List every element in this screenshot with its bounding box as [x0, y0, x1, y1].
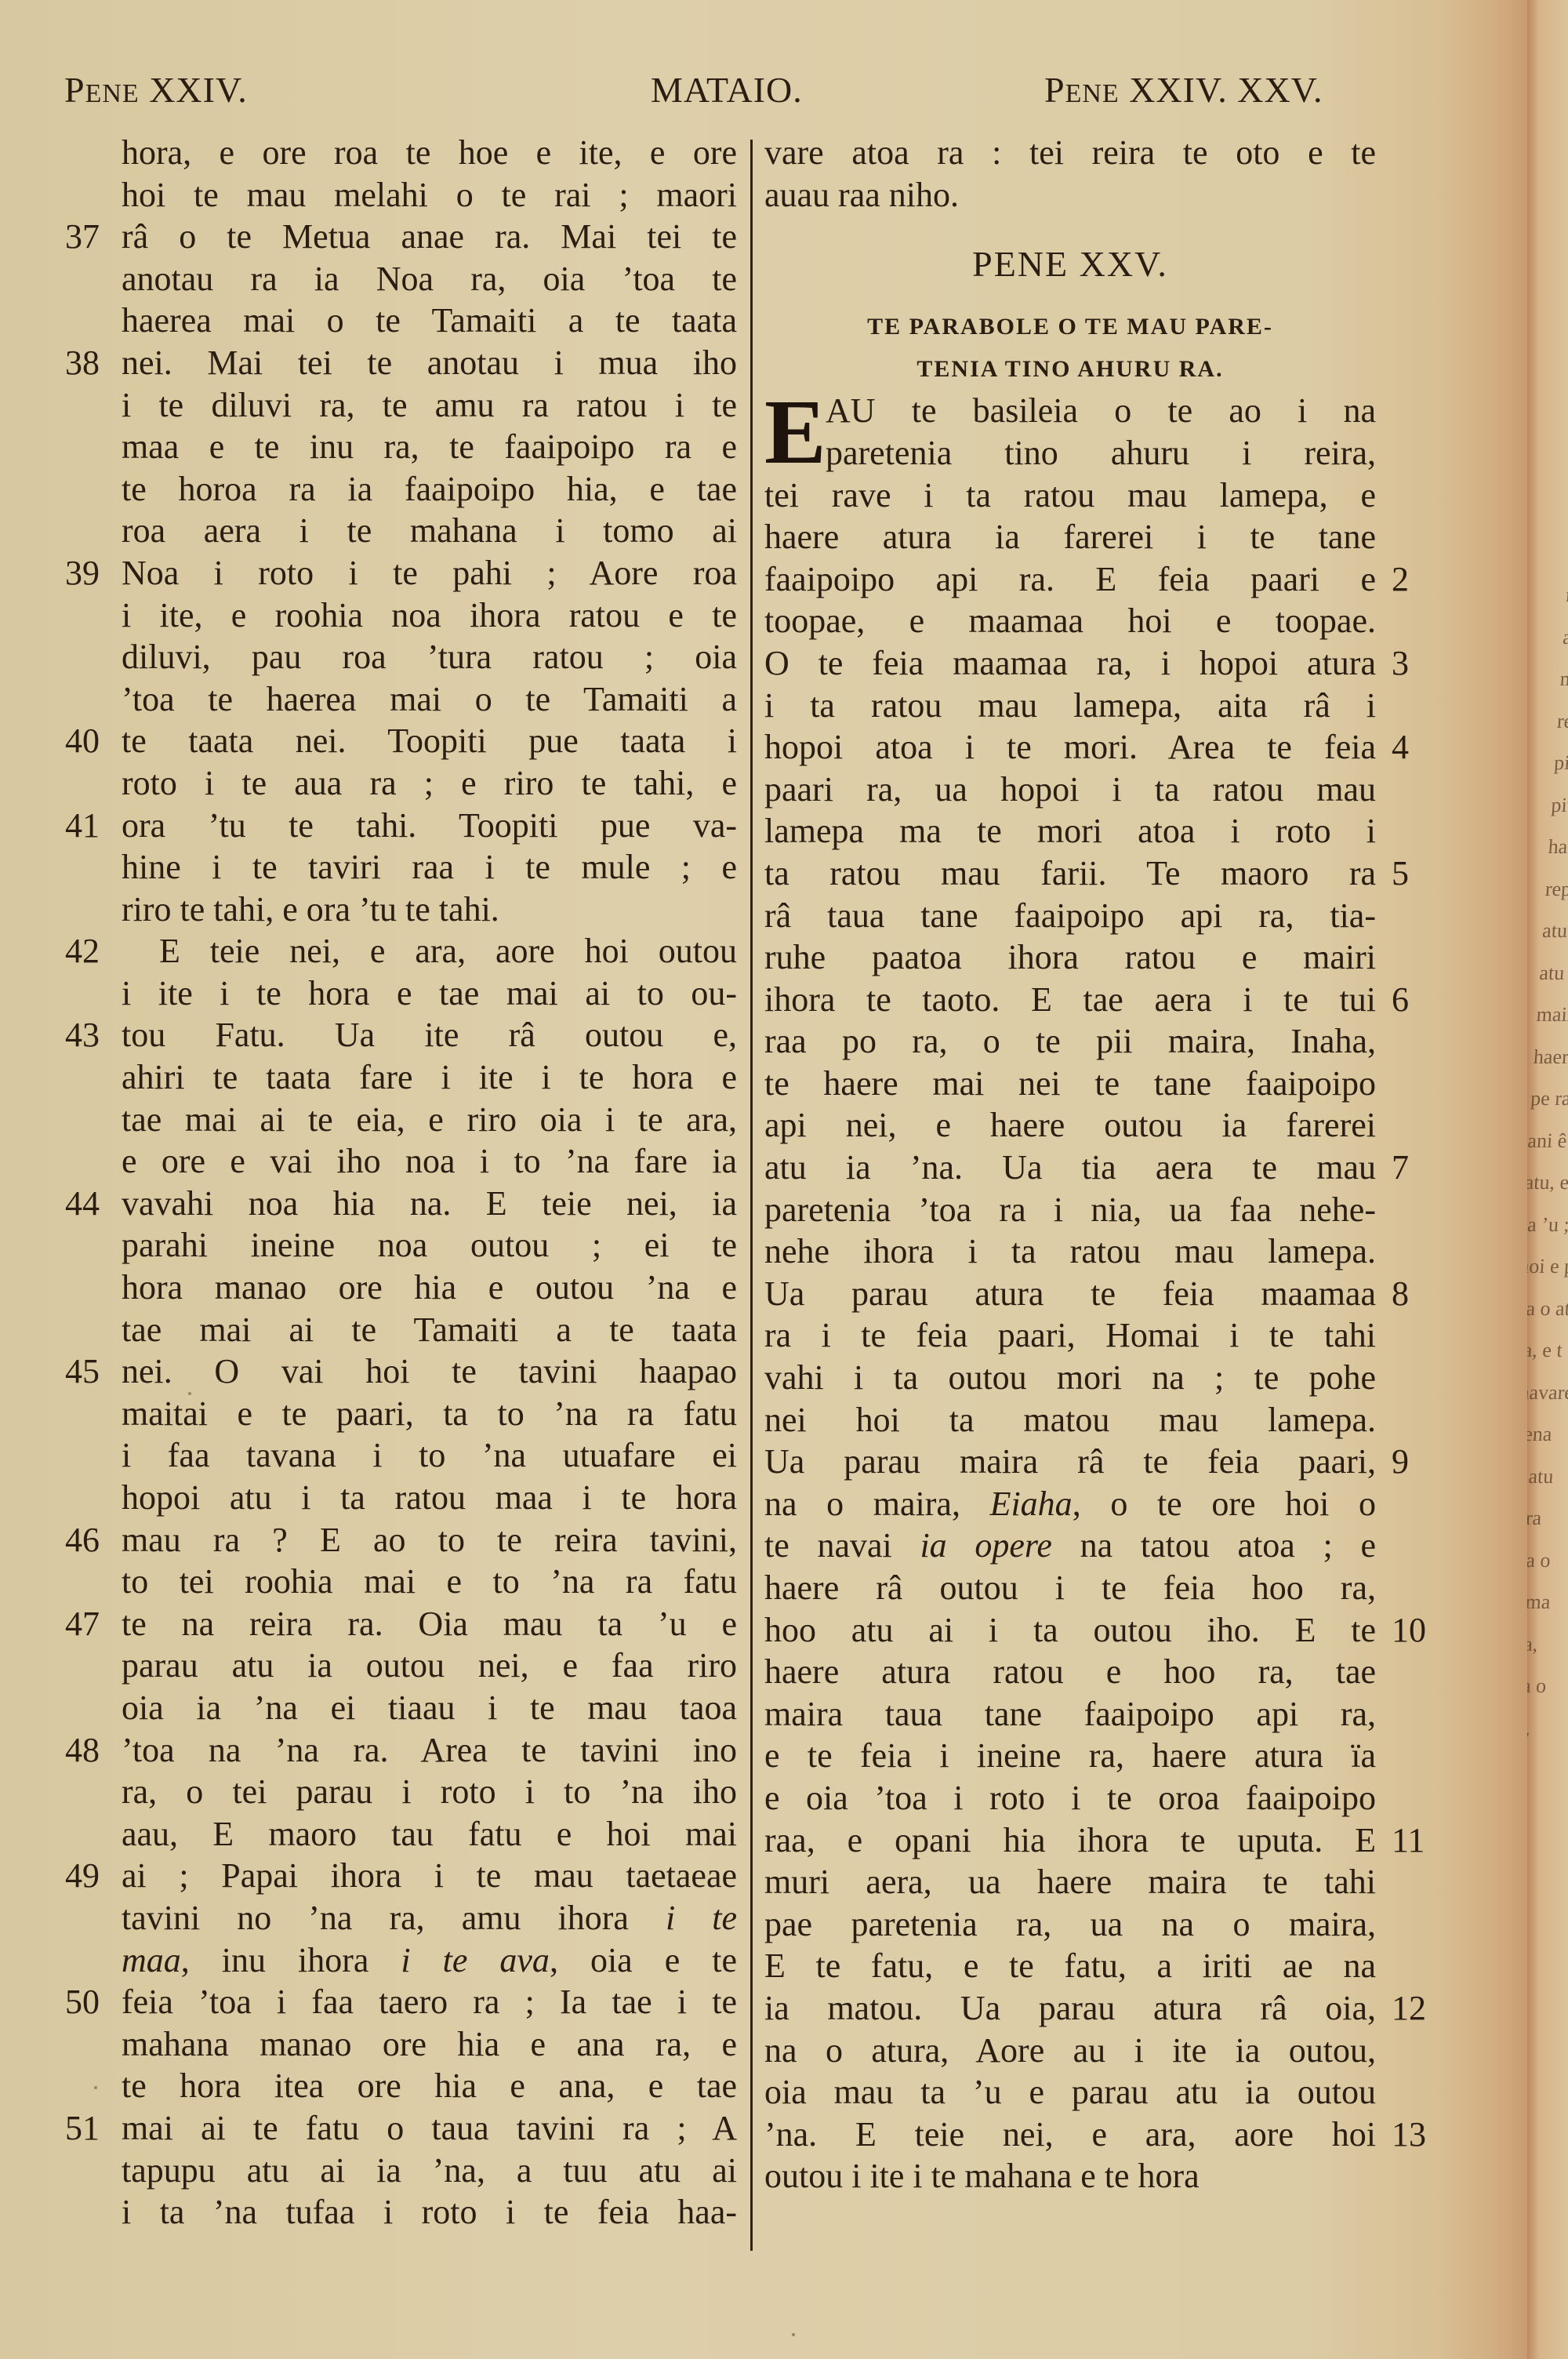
verse-number: 45: [65, 1350, 114, 1393]
text-line: 42E teie nei, e ara, aore hoi outou: [122, 930, 737, 972]
adjacent-page-text-fragment: atu o t: [1538, 952, 1568, 994]
text-line: api nei, e haere outou ia farerei: [764, 1104, 1376, 1147]
verse-number: 2: [1392, 558, 1448, 601]
text-line: hopoi atu i ta ratou maa i te hora: [122, 1477, 737, 1519]
line-text: raa po ra, o te pii maira, Inaha,: [764, 1022, 1376, 1060]
line-text: outou i ite i te mahana e te hora: [764, 2157, 1200, 2195]
paper-speck: [188, 1392, 191, 1395]
line-text: to tei roohia mai e to ’na ra fatu: [122, 1562, 737, 1601]
adjacent-page-edge: Pene’toataataEnei itere,mauia rattahi, e…: [1527, 0, 1568, 2359]
text-line: aau, E maoro tau fatu e hoi mai: [122, 1813, 737, 1856]
running-head-right: PENE XXIV. XXV.: [1044, 69, 1323, 111]
paper-speck: [792, 2333, 795, 2336]
verse-number: 10: [1392, 1609, 1448, 1652]
text-line: parau atu ia outou nei, e faa riro: [122, 1645, 737, 1687]
line-text: tou Fatu. Ua ite râ outou e,: [122, 1016, 737, 1054]
text-line: 37râ o te Metua anae ra. Mai tei te: [122, 216, 737, 258]
line-text: ia matou. Ua parau atura râ oia,: [764, 1989, 1376, 2027]
line-text: i faa tavana i to ’na utuafare ei: [122, 1436, 737, 1474]
text-line: tavini no ’na ra, amu ihora i te: [122, 1897, 737, 1939]
adjacent-page-text-fragment: reira: [1555, 700, 1568, 743]
text-line: hora manao ore hia e outou ’na e: [122, 1267, 737, 1309]
line-text: te navai: [764, 1526, 920, 1565]
text-line: i faa tavana i to ’na utuafare ei: [122, 1434, 737, 1477]
text-line: 43tou Fatu. Ua ite râ outou e,: [122, 1014, 737, 1056]
verse-number: 5: [1392, 852, 1448, 895]
line-text: aau, E maoro tau fatu e hoi mai: [122, 1815, 737, 1853]
text-line: raa po ra, o te pii maira, Inaha,: [764, 1020, 1376, 1063]
verse-number: 47: [65, 1603, 114, 1645]
text-line: lamepa ma te mori atoa i roto i: [764, 810, 1376, 852]
line-text: pae paretenia ra, ua na o maira,: [764, 1905, 1376, 1943]
line-text: nei hoi ta matou mau lamepa.: [764, 1401, 1376, 1439]
adjacent-page-text-fragment: i roa o: [1527, 1539, 1555, 1582]
line-text: ruhe paatoa ihora ratou e mairi: [764, 938, 1376, 976]
text-line: outou i ite i te mahana e te hora: [764, 2155, 1376, 2197]
text-line: na o atura, Aore au i ite ia outou,: [764, 2030, 1376, 2072]
line-text: i ite i te hora e tae mai ai to ou-: [122, 974, 737, 1012]
text-line: vare atoa ra : tei reira te oto e te: [764, 132, 1376, 174]
line-text: tae mai ai te Tamaiti a te taata: [122, 1310, 737, 1349]
adjacent-page-text-fragment: na, e t: [1527, 1329, 1568, 1372]
text-line: ra, o tei parau i roto i to ’na iho: [122, 1771, 737, 1813]
line-text: na o atura, Aore au i ite ia outou,: [764, 2031, 1376, 2070]
line-text: ’toa na ’na ra. Area te tavini ino: [122, 1731, 737, 1769]
line-text: tei rave i ta ratou mau lamepa, e: [764, 476, 1376, 514]
line-text: paari ra, ua hopoi i ta ratou mau: [764, 770, 1376, 809]
line-text: roto i te aua ra ; e riro te tahi, e: [122, 764, 737, 802]
text-line: i ta ratou mau lamepa, aita râ i: [764, 685, 1376, 727]
line-text: parau atu ia outou nei, e faa riro: [122, 1646, 737, 1685]
line-text: feia ’toa i faa taero ra ; Ia tae i te: [122, 1983, 737, 2021]
adjacent-page-text-fragment: piti a o: [1527, 1665, 1546, 1707]
text-line: auau raa niho.: [764, 174, 1376, 216]
line-text: i ta ’na tufaa i roto i te feia haa-: [122, 2193, 737, 2231]
adjacent-page-text-fragment: piti ra,: [1552, 742, 1568, 784]
adjacent-page-text-fragment: pe ra,: [1530, 1078, 1568, 1120]
verse-number: 50: [65, 1981, 114, 2023]
adjacent-page-text-fragment: atura: [1562, 616, 1568, 659]
line-text: te taata nei. Toopiti pue taata i: [122, 722, 737, 760]
adjacent-page-text-fragment: maira i: [1535, 994, 1568, 1036]
italic-text: i te: [666, 1899, 737, 1937]
text-line: te navai ia opere na tatou atoa ; e: [764, 1525, 1376, 1567]
text-line: hoi te mau melahi o te rai ; maori: [122, 174, 737, 216]
verse-number: 49: [65, 1855, 114, 1897]
line-text: e ore e vai iho noa i to ’na fare ia: [122, 1142, 737, 1180]
text-line: maira taua tane faaipoipo api ra,: [764, 1693, 1376, 1736]
text-line: e oia ’toa i roto i te oroa faaipoipo: [764, 1777, 1376, 1819]
adjacent-page-text-fragment: piti.: [1550, 784, 1568, 827]
line-text: vavahi noa hia na. E teie nei, ia: [122, 1184, 737, 1223]
line-text: oia ia ’na ei tiaau i te mau taoa: [122, 1688, 737, 1727]
text-line: vahi i ta outou mori na ; te pohe: [764, 1357, 1376, 1399]
text-line: 40te taata nei. Toopiti pue taata i: [122, 720, 737, 762]
text-line: 50feia ’toa i faa taero ra ; Ia tae i te: [122, 1981, 737, 2023]
verse-number: 46: [65, 1519, 114, 1561]
verse-number: 6: [1392, 979, 1448, 1021]
verse-number: 48: [65, 1729, 114, 1772]
text-line: maa e te inu ra, te faaipoipo ra e: [122, 426, 737, 468]
line-text: lamepa ma te mori atoa i roto i: [764, 812, 1376, 850]
line-text: te haere mai nei te tane faaipoipo: [764, 1064, 1376, 1103]
text-line: mahana manao ore hia e ana ra, e: [122, 2023, 737, 2066]
line-text: paretenia ’toa ra i nia, ua faa nehe-: [764, 1190, 1376, 1229]
text-line: to tei roohia mai e to ’na ra fatu: [122, 1561, 737, 1603]
line-text: haere atura ratou e hoo ra, tae: [764, 1652, 1376, 1691]
text-line: 48’toa na ’na ra. Area te tavini ino: [122, 1729, 737, 1772]
adjacent-page-text-fragment: na ta: [1564, 574, 1568, 616]
text-line: 2faaipoipo api ra. E feia paari e: [764, 558, 1376, 601]
line-text: nei. Mai tei te anotau i mua iho: [122, 343, 737, 382]
line-text: parahi ineine noa outou ; ei te: [122, 1226, 737, 1264]
text-line: paretenia ’toa ra i nia, ua faa nehe-: [764, 1189, 1376, 1231]
text-line: i te diluvi ra, te amu ra ratou i te: [122, 384, 737, 427]
line-text: hoi te mau melahi o te rai ; maori: [122, 176, 737, 214]
text-line: ’toa te haerea mai o te Tamaiti a: [122, 678, 737, 721]
text-line: hine i te taviri raa i te mule ; e: [122, 846, 737, 889]
text-line: 13’na. E teie nei, e ara, aore hoi: [764, 2114, 1376, 2156]
line-text: hora manao ore hia e outou ’na e: [122, 1268, 737, 1307]
adjacent-page-text-fragment: haere a: [1547, 826, 1568, 868]
line-text: tapupu atu ai ia ’na, a tuu atu ai: [122, 2151, 737, 2190]
verse-number: 4: [1392, 726, 1448, 769]
paper-speck: [94, 2086, 97, 2089]
line-text: maira taua tane faaipoipo api ra,: [764, 1695, 1376, 1733]
line-text: E te fatu, e te fatu, a iriti ae na: [764, 1946, 1376, 1985]
line-text: anotau ra ia Noa ra, oia ’toa te: [122, 260, 737, 298]
verse-number: 40: [65, 720, 114, 762]
text-line: tae mai ai te Tamaiti a te taata: [122, 1309, 737, 1351]
line-text: nehe ihora i ta ratou mau lamepa.: [764, 1232, 1376, 1270]
line-text: oia mau ta ’u e parau atu ia outou: [764, 2073, 1376, 2111]
adjacent-page-text-fragment: i tia ’n: [1527, 1917, 1528, 1959]
text-line: roto i te aua ra ; e riro te tahi, e: [122, 762, 737, 805]
line-text: mahana manao ore hia e ana ra, e: [122, 2025, 737, 2063]
text-line: 7atu ia ’na. Ua tia aera te mau: [764, 1147, 1376, 1189]
line-text: riro te tahi, e ora ’tu te tahi.: [122, 890, 499, 929]
line-text: atu ia ’na. Ua tia aera te mau: [764, 1148, 1376, 1187]
text-line: i ite i te hora e tae mai ai to ou-: [122, 972, 737, 1015]
right-column: vare atoa ra : tei reira te oto e teauau…: [764, 132, 1376, 2197]
adjacent-page-text-fragment: hoi e p: [1527, 1245, 1568, 1288]
text-line: 47te na reira ra. Oia mau ta ’u e: [122, 1603, 737, 1645]
running-head-book-title: MATAIO.: [651, 69, 803, 111]
text-line: haere atura ratou e hoo ra, tae: [764, 1651, 1376, 1693]
line-text: i te diluvi ra, te amu ra ratou i te: [122, 386, 737, 424]
line-text: hora, e ore roa te hoe e ite, e ore: [122, 133, 737, 172]
text-line: nehe ihora i ta ratou mau lamepa.: [764, 1230, 1376, 1273]
adjacent-page-text-fragment: repo, h: [1544, 868, 1568, 911]
text-line: roa aera i te mahana i tomo ai: [122, 510, 737, 552]
text-line: ahiri te taata fare i ite i te hora e: [122, 1056, 737, 1099]
text-line: 41ora ’tu te tahi. Toopiti pue va-: [122, 805, 737, 847]
adjacent-page-text-fragment: na ra,: [1527, 1623, 1549, 1666]
text-line: toopae, e maamaa hoi e toopae.: [764, 600, 1376, 642]
line-text: E teie nei, e ara, aore hoi outou: [159, 932, 737, 970]
text-line: paretenia tino ahuru i reira,: [764, 432, 1376, 474]
line-text: , oia e te: [550, 1941, 737, 1979]
verse-number: 38: [65, 342, 114, 384]
text-line: ruhe paatoa ihora ratou e mairi: [764, 936, 1376, 979]
line-text: maitai e te paari, ta to ’na ra fatu: [122, 1394, 737, 1433]
line-text: te na reira ra. Oia mau ta ’u e: [122, 1605, 737, 1643]
adjacent-page-text-fragment: i tena: [1527, 1413, 1563, 1456]
line-text: na o maira,: [764, 1485, 990, 1523]
adjacent-page-text-fragment: maira: [1559, 658, 1568, 700]
adjacent-page-text-fragment: atu.: [1541, 910, 1568, 952]
line-text: faaipoipo api ra. E feia paari e: [764, 560, 1376, 598]
verse-number: 51: [65, 2107, 114, 2150]
text-line: haere atura ia farerei i te tane: [764, 516, 1376, 558]
line-text: mau ra ? E ao to te reira tavini,: [122, 1521, 737, 1559]
line-text: ’na. E teie nei, e ara, aore hoi: [764, 2115, 1376, 2154]
adjacent-page-text-fragment: na ra: [1527, 1497, 1558, 1539]
text-line: te hora itea ore hia e ana, e tae: [122, 2065, 737, 2107]
line-text: ra, o tei parau i roto i to ’na iho: [122, 1772, 737, 1811]
text-line: ra i te feia paari, Homai i te tahi: [764, 1314, 1376, 1357]
verse-number: 11: [1392, 1819, 1448, 1862]
line-text: i ite, e roohia noa ihora ratou e te: [122, 596, 737, 634]
dropcap-block: E AU te basileia o te ao i na paretenia …: [764, 390, 1376, 474]
verse-number: 39: [65, 552, 114, 594]
line-text: i ta ratou mau lamepa, aita râ i: [764, 686, 1376, 725]
adjacent-page-text-fragment: haavare: [1527, 1372, 1566, 1414]
adjacent-page-text-fragment: haha,: [1527, 1707, 1543, 1750]
verse-number: 13: [1392, 2114, 1448, 2156]
line-text: haerea mai o te Tamaiti a te taata: [122, 301, 737, 340]
verse-number: 42: [65, 930, 114, 972]
verse-number: 9: [1392, 1441, 1448, 1483]
line-text: vare atoa ra : tei reira te oto e te: [764, 133, 1376, 172]
text-line: te haere mai nei te tane faaipoipo: [764, 1063, 1376, 1105]
line-text: maa e te inu ra, te faaipoipo ra e: [122, 427, 737, 466]
line-text: na tatou atoa ; e: [1052, 1526, 1376, 1565]
line-text: roa aera i te mahana i tomo ai: [122, 511, 737, 550]
text-line: i ta ’na tufaa i roto i te feia haa-: [122, 2191, 737, 2234]
text-line: na o maira, Eiaha, o te ore hoi o: [764, 1483, 1376, 1525]
text-line: nei hoi ta matou mau lamepa.: [764, 1399, 1376, 1441]
line-text: hopoi atoa i te mori. Area te feia: [764, 728, 1376, 766]
text-line: 38nei. Mai tei te anotau i mua iho: [122, 342, 737, 384]
text-line: paari ra, ua hopoi i ta ratou mau: [764, 769, 1376, 811]
text-line: tapupu atu ai ia ’na, a tuu atu ai: [122, 2150, 737, 2192]
text-line: haere râ outou i te feia hoo ra,: [764, 1567, 1376, 1609]
text-line: maitai e te paari, ta to ’na ra fatu: [122, 1393, 737, 1435]
adjacent-page-text-fragment: ua atu: [1527, 1456, 1561, 1498]
verse-number: 3: [1392, 642, 1448, 685]
line-text: e oia ’toa i roto i te oroa faaipoipo: [764, 1779, 1376, 1817]
text-line: râ taua tane faaipoipo api ra, tia-: [764, 895, 1376, 937]
text-line: 51mai ai te fatu o taua tavini ra ; A: [122, 2107, 737, 2150]
line-text: diluvi, pau roa ’tura ratou ; oia: [122, 638, 737, 676]
text-line: 45nei. O vai hoi te tavini haapao: [122, 1350, 737, 1393]
verse-number: 7: [1392, 1147, 1448, 1189]
adjacent-page-text-fragment: ta ’u ; i: [1527, 1204, 1568, 1246]
line-text: tae mai ai te eia, e riro oia i te ara,: [122, 1100, 737, 1139]
line-text: hoo atu ai i ta outou iho. E te: [764, 1611, 1376, 1649]
running-head: PENE XXIV. MATAIO. PENE XXIV. XXV.: [0, 69, 1527, 116]
line-text: hopoi atu i ta ratou maa i te hora: [122, 1478, 737, 1517]
line-text: Ua parau maira râ te feia paari,: [764, 1442, 1376, 1481]
text-line: 3O te feia maamaa ra, i hopoi atura: [764, 642, 1376, 685]
text-line: tae mai ai te eia, e riro oia i te ara,: [122, 1099, 737, 1141]
verse-number: 41: [65, 805, 114, 847]
left-column: hora, e ore roa te hoe e ite, e orehoi t…: [122, 132, 737, 2234]
text-line: maa, inu ihora i te ava, oia e te: [122, 1939, 737, 1982]
text-line: oia ia ’na ei tiaau i te mau taoa: [122, 1687, 737, 1729]
italic-text: ia opere: [920, 1526, 1051, 1565]
text-line: e ore e vai iho noa i to ’na fare ia: [122, 1140, 737, 1183]
line-text: vahi i ta outou mori na ; te pohe: [764, 1358, 1376, 1397]
line-text: auau raa niho.: [764, 176, 959, 214]
line-text: e te feia i ineine ra, haere atura ïa: [764, 1736, 1376, 1775]
line-text: ahiri te taata fare i ite i te hora e: [122, 1058, 737, 1096]
running-head-left: PENE XXIV.: [64, 69, 248, 111]
line-text: Ua parau atura te feia maamaa: [764, 1274, 1376, 1313]
line-text: Noa i roto i te pahi ; Aore roa: [122, 554, 737, 592]
line-text: râ taua tane faaipoipo api ra, tia-: [764, 896, 1376, 935]
adjacent-page-text-fragment: ore: [1527, 1875, 1531, 1917]
text-line: AU te basileia o te ao i na: [764, 390, 1376, 432]
text-line: e te feia i ineine ra, haere atura ïa: [764, 1735, 1376, 1777]
text-line: oia mau ta ’u e parau atu ia outou: [764, 2071, 1376, 2114]
text-line: 5ta ratou mau farii. Te maoro ra: [764, 852, 1376, 895]
line-text: , o te ore hoi o: [1073, 1485, 1376, 1523]
line-text: ra i te feia paari, Homai i te tahi: [764, 1316, 1376, 1354]
text-line: te horoa ra ia faaipoipo hia, e tae: [122, 468, 737, 511]
line-text: ’toa te haerea mai o te Tamaiti a: [122, 680, 737, 718]
book-page: PENE XXIV. MATAIO. PENE XXIV. XXV. hora,…: [0, 0, 1527, 2359]
text-line: 4hopoi atoa i te mori. Area te feia: [764, 726, 1376, 769]
text-line: i ite, e roohia noa ihora ratou e te: [122, 594, 737, 637]
text-line: tei rave i ta ratou mau lamepa, e: [764, 474, 1376, 517]
verse-number: 12: [1392, 1987, 1448, 2030]
text-line: 8Ua parau atura te feia maamaa: [764, 1273, 1376, 1315]
verse-number: 37: [65, 216, 114, 258]
adjacent-page-text-fragment: atu, e p: [1527, 1161, 1568, 1204]
line-text: api nei, e haere outou ia farerei: [764, 1106, 1376, 1144]
line-text: haere atura ia farerei i te tane: [764, 518, 1376, 556]
verse-number: 43: [65, 1014, 114, 1056]
text-line: anotau ra ia Noa ra, oia ’toa te: [122, 258, 737, 300]
text-line: E te fatu, e te fatu, a iriti ae na: [764, 1945, 1376, 1987]
chapter-heading: PENE XXV.: [764, 216, 1376, 306]
text-line: pae paretenia ra, ua na o maira,: [764, 1903, 1376, 1946]
text-line: muri aera, ua haere maira te tahi: [764, 1861, 1376, 1903]
line-text: toopae, e maamaa hoi e toopae.: [764, 602, 1376, 640]
italic-text: i te ava: [401, 1941, 550, 1979]
line-text: ai ; Papai ihora i te mau taetaeae: [122, 1856, 737, 1895]
text-line: 12ia matou. Ua parau atura râ oia,: [764, 1987, 1376, 2030]
line-text: , inu ihora: [181, 1941, 401, 1979]
line-text: tavini no ’na ra, amu ihora: [122, 1899, 666, 1937]
column-divider: [750, 140, 753, 2251]
section-heading-line-1: TE PARABOLE O TE MAU PARE-: [764, 306, 1376, 348]
line-text: ta ratou mau farii. Te maoro ra: [764, 854, 1376, 892]
text-line: 44vavahi noa hia na. E teie nei, ia: [122, 1183, 737, 1225]
adjacent-page-text-fragment: na o atu: [1527, 1288, 1568, 1330]
adjacent-page-text-fragment: oia ma: [1527, 1581, 1552, 1623]
adjacent-page-text-fragment: i teie: [1527, 1833, 1534, 1875]
text-line: 39Noa i roto i te pahi ; Aore roa: [122, 552, 737, 594]
line-text: O te feia maamaa ra, i hopoi atura: [764, 644, 1376, 682]
adjacent-page-text-fragment: tia ra: [1527, 1791, 1537, 1834]
text-line: 46mau ra ? E ao to te reira tavini,: [122, 1519, 737, 1561]
text-line: 10hoo atu ai i ta outou iho. E te: [764, 1609, 1376, 1652]
text-line: diluvi, pau roa ’tura ratou ; oia: [122, 636, 737, 678]
text-line: 11raa, e opani hia ihora te uputa. E: [764, 1819, 1376, 1862]
line-text: nei. O vai hoi te tavini haapao: [122, 1352, 737, 1390]
line-text: muri aera, ua haere maira te tahi: [764, 1863, 1376, 1901]
line-text: te horoa ra ia faaipoipo hia, e tae: [122, 470, 737, 508]
italic-text: Eiaha: [990, 1485, 1073, 1523]
line-text: hine i te taviri raa i te mule ; e: [122, 848, 737, 886]
text-line: 6ihora te taoto. E tae aera i te tui: [764, 979, 1376, 1021]
adjacent-page-text-fragment: piti i: [1527, 1749, 1540, 1791]
line-text: raa, e opani hia ihora te uputa. E: [764, 1821, 1376, 1859]
text-line: haerea mai o te Tamaiti a te taata: [122, 300, 737, 342]
line-text: mai ai te fatu o taua tavini ra ; A: [122, 2109, 737, 2147]
text-line: riro te tahi, e ora ’tu te tahi.: [122, 889, 737, 931]
text-line: 49ai ; Papai ihora i te mau taetaeae: [122, 1855, 737, 1897]
italic-text: maa: [122, 1941, 181, 1979]
verse-number: 44: [65, 1183, 114, 1225]
text-line: parahi ineine noa outou ; ei te: [122, 1224, 737, 1267]
line-text: râ o te Metua anae ra. Mai tei te: [122, 217, 737, 256]
adjacent-page-text-fragment: haere m: [1532, 1036, 1568, 1078]
verse-number: 8: [1392, 1273, 1448, 1315]
line-text: ihora te taoto. E tae aera i te tui: [764, 980, 1376, 1019]
line-text: ora ’tu te tahi. Toopiti pue va-: [122, 806, 737, 845]
text-line: 9Ua parau maira râ te feia paari,: [764, 1441, 1376, 1483]
text-line: hora, e ore roa te hoe e ite, e ore: [122, 132, 737, 174]
line-text: haere râ outou i te feia hoo ra,: [764, 1568, 1376, 1607]
section-heading-line-2: TENIA TINO AHURU RA.: [764, 348, 1376, 391]
line-text: te hora itea ore hia e ana, e tae: [122, 2066, 737, 2105]
adjacent-page-text-fragment: ani ê: [1527, 1120, 1568, 1162]
